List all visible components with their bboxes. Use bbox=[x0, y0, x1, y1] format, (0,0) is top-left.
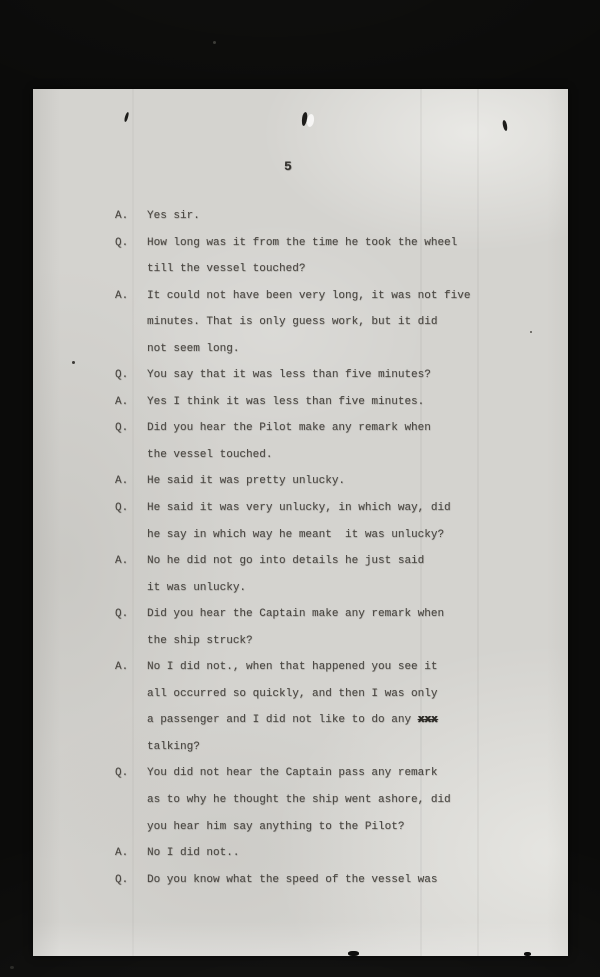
overstruck-text: xxx bbox=[418, 714, 438, 726]
text-segment: You say that it was less than five minut… bbox=[147, 369, 431, 381]
dust-speck bbox=[213, 41, 216, 44]
speaker-label bbox=[115, 575, 147, 602]
speaker-label bbox=[115, 256, 147, 283]
transcript-line: all occurred so quickly, and then I was … bbox=[115, 681, 548, 708]
text-segment: the ship struck? bbox=[147, 635, 253, 647]
speaker-label bbox=[115, 628, 147, 655]
scanner-background: 5 A.Yes sir.Q.How long was it from the t… bbox=[0, 0, 600, 977]
transcript-line: the vessel touched. bbox=[115, 442, 548, 469]
speaker-label bbox=[115, 522, 147, 549]
speaker-label bbox=[115, 734, 147, 761]
transcript-line: Q.How long was it from the time he took … bbox=[115, 230, 548, 257]
speaker-label: A. bbox=[115, 389, 147, 416]
text-segment: till the vessel touched? bbox=[147, 263, 305, 275]
transcript-text: No I did not.. bbox=[147, 840, 548, 867]
text-segment: all occurred so quickly, and then I was … bbox=[147, 688, 437, 700]
transcript-text: Yes I think it was less than five minute… bbox=[147, 389, 548, 416]
text-segment: the vessel touched. bbox=[147, 449, 272, 461]
speaker-label: Q. bbox=[115, 362, 147, 389]
speaker-label bbox=[115, 681, 147, 708]
speaker-label: Q. bbox=[115, 230, 147, 257]
transcript-text: Did you hear the Pilot make any remark w… bbox=[147, 415, 548, 442]
page-number: 5 bbox=[284, 159, 292, 174]
text-segment: he say in which way he meant it was unlu… bbox=[147, 529, 444, 541]
transcript-text: he say in which way he meant it was unlu… bbox=[147, 522, 548, 549]
transcript-line: Q.You say that it was less than five min… bbox=[115, 362, 548, 389]
scanned-page: 5 A.Yes sir.Q.How long was it from the t… bbox=[33, 89, 568, 956]
text-segment: How long was it from the time he took th… bbox=[147, 237, 457, 249]
transcript-line: he say in which way he meant it was unlu… bbox=[115, 522, 548, 549]
transcript-text: the ship struck? bbox=[147, 628, 548, 655]
transcript-line: as to why he thought the ship went ashor… bbox=[115, 787, 548, 814]
speaker-label bbox=[115, 787, 147, 814]
transcript-line: A.He said it was pretty unlucky. bbox=[115, 468, 548, 495]
text-segment: He said it was very unlucky, in which wa… bbox=[147, 502, 451, 514]
transcript: A.Yes sir.Q.How long was it from the tim… bbox=[115, 203, 548, 893]
text-segment: minutes. That is only guess work, but it… bbox=[147, 316, 437, 328]
transcript-text: It could not have been very long, it was… bbox=[147, 283, 548, 310]
transcript-line: not seem long. bbox=[115, 336, 548, 363]
text-segment: You did not hear the Captain pass any re… bbox=[147, 767, 437, 779]
text-segment: Did you hear the Captain make any remark… bbox=[147, 608, 444, 620]
speaker-label: Q. bbox=[115, 867, 147, 894]
ink-mark-right bbox=[502, 120, 508, 132]
speaker-label: A. bbox=[115, 203, 147, 230]
transcript-line: A.No I did not.. bbox=[115, 840, 548, 867]
transcript-text: you hear him say anything to the Pilot? bbox=[147, 814, 548, 841]
speaker-label bbox=[115, 336, 147, 363]
transcript-line: Q.Do you know what the speed of the vess… bbox=[115, 867, 548, 894]
speaker-label bbox=[115, 442, 147, 469]
transcript-text: as to why he thought the ship went ashor… bbox=[147, 787, 548, 814]
speaker-label bbox=[115, 814, 147, 841]
text-segment: as to why he thought the ship went ashor… bbox=[147, 794, 451, 806]
transcript-text: No I did not., when that happened you se… bbox=[147, 654, 548, 681]
transcript-line: Q.You did not hear the Captain pass any … bbox=[115, 760, 548, 787]
transcript-line: Q.Did you hear the Pilot make any remark… bbox=[115, 415, 548, 442]
transcript-text: How long was it from the time he took th… bbox=[147, 230, 548, 257]
speaker-label: Q. bbox=[115, 601, 147, 628]
transcript-text: Do you know what the speed of the vessel… bbox=[147, 867, 548, 894]
transcript-line: talking? bbox=[115, 734, 548, 761]
text-segment: He said it was pretty unlucky. bbox=[147, 475, 345, 487]
transcript-line: the ship struck? bbox=[115, 628, 548, 655]
text-segment: not seem long. bbox=[147, 343, 239, 355]
bottom-edge-notch-1 bbox=[348, 951, 359, 956]
transcript-text: the vessel touched. bbox=[147, 442, 548, 469]
transcript-line: minutes. That is only guess work, but it… bbox=[115, 309, 548, 336]
text-segment: No I did not.. bbox=[147, 847, 239, 859]
transcript-line: you hear him say anything to the Pilot? bbox=[115, 814, 548, 841]
text-segment: Yes I think it was less than five minute… bbox=[147, 396, 424, 408]
transcript-text: No he did not go into details he just sa… bbox=[147, 548, 548, 575]
text-segment: Yes sir. bbox=[147, 210, 200, 222]
text-segment: It could not have been very long, it was… bbox=[147, 290, 470, 302]
transcript-line: till the vessel touched? bbox=[115, 256, 548, 283]
transcript-text: talking? bbox=[147, 734, 548, 761]
transcript-text: Did you hear the Captain make any remark… bbox=[147, 601, 548, 628]
transcript-text: You say that it was less than five minut… bbox=[147, 362, 548, 389]
ink-mark-left bbox=[124, 112, 129, 122]
speaker-label: A. bbox=[115, 283, 147, 310]
speaker-label: A. bbox=[115, 654, 147, 681]
stray-dot-left-margin bbox=[72, 361, 75, 364]
speaker-label: Q. bbox=[115, 760, 147, 787]
text-segment: talking? bbox=[147, 741, 200, 753]
transcript-line: A.No I did not., when that happened you … bbox=[115, 654, 548, 681]
speaker-label: A. bbox=[115, 548, 147, 575]
speaker-label: A. bbox=[115, 840, 147, 867]
transcript-line: A.Yes sir. bbox=[115, 203, 548, 230]
speaker-label bbox=[115, 309, 147, 336]
speaker-label: Q. bbox=[115, 495, 147, 522]
transcript-line: A.It could not have been very long, it w… bbox=[115, 283, 548, 310]
transcript-text: a passenger and I did not like to do any… bbox=[147, 707, 548, 734]
transcript-line: A.No he did not go into details he just … bbox=[115, 548, 548, 575]
dust-speck bbox=[10, 966, 14, 969]
transcript-text: not seem long. bbox=[147, 336, 548, 363]
text-segment: it was unlucky. bbox=[147, 582, 246, 594]
transcript-text: He said it was very unlucky, in which wa… bbox=[147, 495, 548, 522]
transcript-text: minutes. That is only guess work, but it… bbox=[147, 309, 548, 336]
transcript-line: Q.He said it was very unlucky, in which … bbox=[115, 495, 548, 522]
transcript-text: till the vessel touched? bbox=[147, 256, 548, 283]
speaker-label bbox=[115, 707, 147, 734]
transcript-line: Q.Did you hear the Captain make any rema… bbox=[115, 601, 548, 628]
text-segment: Do you know what the speed of the vessel… bbox=[147, 874, 437, 886]
transcript-line: A.Yes I think it was less than five minu… bbox=[115, 389, 548, 416]
speaker-label: Q. bbox=[115, 415, 147, 442]
bottom-edge-notch-2 bbox=[524, 952, 531, 956]
transcript-text: He said it was pretty unlucky. bbox=[147, 468, 548, 495]
transcript-text: all occurred so quickly, and then I was … bbox=[147, 681, 548, 708]
speaker-label: A. bbox=[115, 468, 147, 495]
text-segment: No I did not., when that happened you se… bbox=[147, 661, 437, 673]
transcript-text: You did not hear the Captain pass any re… bbox=[147, 760, 548, 787]
text-segment: a passenger and I did not like to do any bbox=[147, 714, 418, 726]
text-segment: Did you hear the Pilot make any remark w… bbox=[147, 422, 431, 434]
transcript-line: it was unlucky. bbox=[115, 575, 548, 602]
transcript-text: Yes sir. bbox=[147, 203, 548, 230]
transcript-line: a passenger and I did not like to do any… bbox=[115, 707, 548, 734]
text-segment: you hear him say anything to the Pilot? bbox=[147, 821, 404, 833]
text-segment: No he did not go into details he just sa… bbox=[147, 555, 424, 567]
transcript-text: it was unlucky. bbox=[147, 575, 548, 602]
